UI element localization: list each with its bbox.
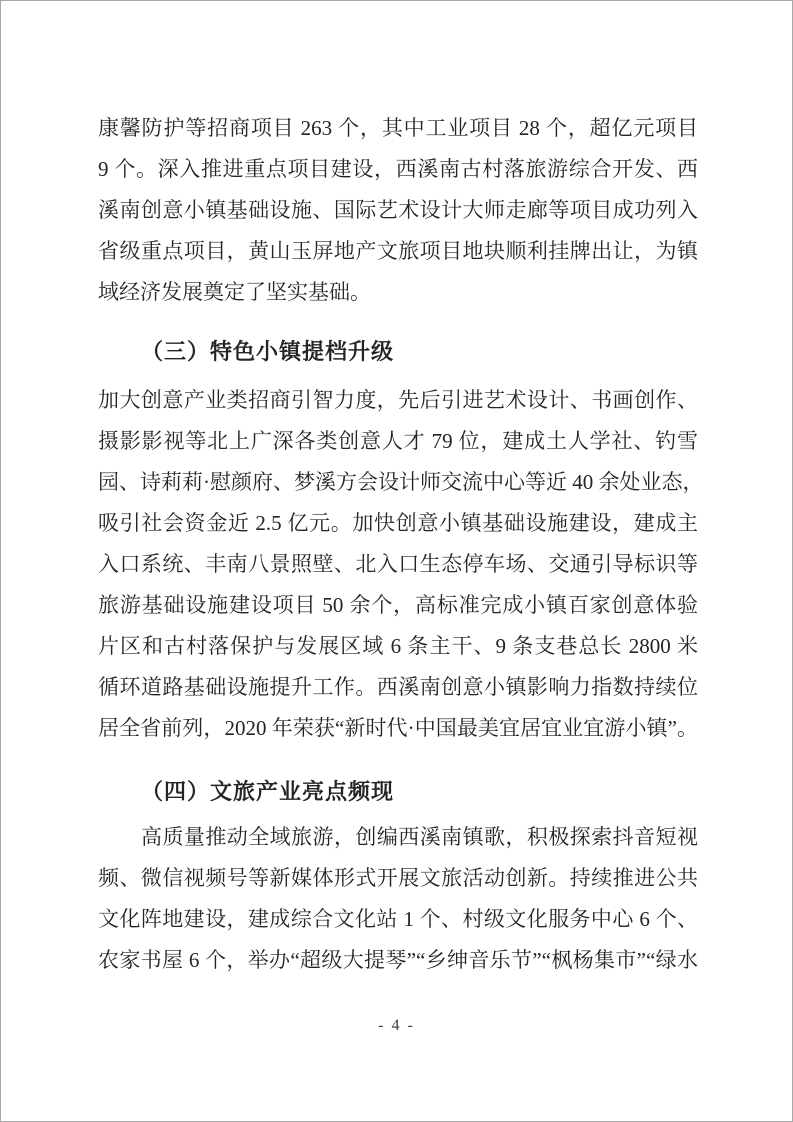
paragraph-line: 吸引社会资金近 2.5 亿元。加快创意小镇基础设施建设，建成主 bbox=[98, 503, 698, 544]
document-page: 康馨防护等招商项目 263 个，其中工业项目 28 个，超亿元项目 9 个。深入… bbox=[0, 0, 793, 1122]
paragraph-line: 居全省前列，2020 年荣获“新时代·中国最美宜居宜业宜游小镇”。 bbox=[98, 708, 698, 749]
paragraph-line: 高质量推动全域旅游，创编西溪南镇歌，积极探索抖音短视 bbox=[98, 817, 698, 858]
paragraph-line: 频、微信视频号等新媒体形式开展文旅活动创新。持续推进公共 bbox=[98, 858, 698, 899]
paragraph-line: 省级重点项目，黄山玉屏地产文旅项目地块顺利挂牌出让，为镇 bbox=[98, 231, 698, 272]
paragraph-line: 入口系统、丰南八景照壁、北入口生态停车场、交通引导标识等 bbox=[98, 544, 698, 585]
section-heading-3: （三）特色小镇提档升级 bbox=[98, 331, 698, 372]
page-number: - 4 - bbox=[1, 1017, 792, 1035]
paragraph-line: 循环道路基础设施提升工作。西溪南创意小镇影响力指数持续位 bbox=[98, 667, 698, 708]
section-heading-4: （四）文旅产业亮点频现 bbox=[98, 771, 698, 812]
paragraph-line: 农家书屋 6 个，举办“超级大提琴”“乡绅音乐节”“枫杨集市”“绿水 bbox=[98, 940, 698, 981]
paragraph-line: 9 个。深入推进重点项目建设，西溪南古村落旅游综合开发、西 bbox=[98, 149, 698, 190]
paragraph-line: 溪南创意小镇基础设施、国际艺术设计大师走廊等项目成功列入 bbox=[98, 190, 698, 231]
paragraph-line: 域经济发展奠定了坚实基础。 bbox=[98, 272, 698, 313]
paragraph-line: 旅游基础设施建设项目 50 余个，高标准完成小镇百家创意体验 bbox=[98, 585, 698, 626]
paragraph: 康馨防护等招商项目 263 个，其中工业项目 28 个，超亿元项目 9 个。深入… bbox=[98, 108, 698, 313]
paragraph-line: 康馨防护等招商项目 263 个，其中工业项目 28 个，超亿元项目 bbox=[98, 108, 698, 149]
document-body: 康馨防护等招商项目 263 个，其中工业项目 28 个，超亿元项目 9 个。深入… bbox=[98, 108, 698, 981]
paragraph-line: 文化阵地建设，建成综合文化站 1 个、村级文化服务中心 6 个、 bbox=[98, 899, 698, 940]
paragraph-line: 园、诗莉莉·慰颜府、梦溪方会设计师交流中心等近 40 余处业态， bbox=[98, 462, 698, 503]
paragraph-line: 加大创意产业类招商引智力度，先后引进艺术设计、书画创作、 bbox=[98, 380, 698, 421]
paragraph-line: 摄影影视等北上广深各类创意人才 79 位，建成土人学社、钓雪 bbox=[98, 421, 698, 462]
paragraph-line: 片区和古村落保护与发展区域 6 条主干、9 条支巷总长 2800 米 bbox=[98, 626, 698, 667]
paragraph: 高质量推动全域旅游，创编西溪南镇歌，积极探索抖音短视 频、微信视频号等新媒体形式… bbox=[98, 817, 698, 981]
paragraph: 加大创意产业类招商引智力度，先后引进艺术设计、书画创作、 摄影影视等北上广深各类… bbox=[98, 380, 698, 749]
